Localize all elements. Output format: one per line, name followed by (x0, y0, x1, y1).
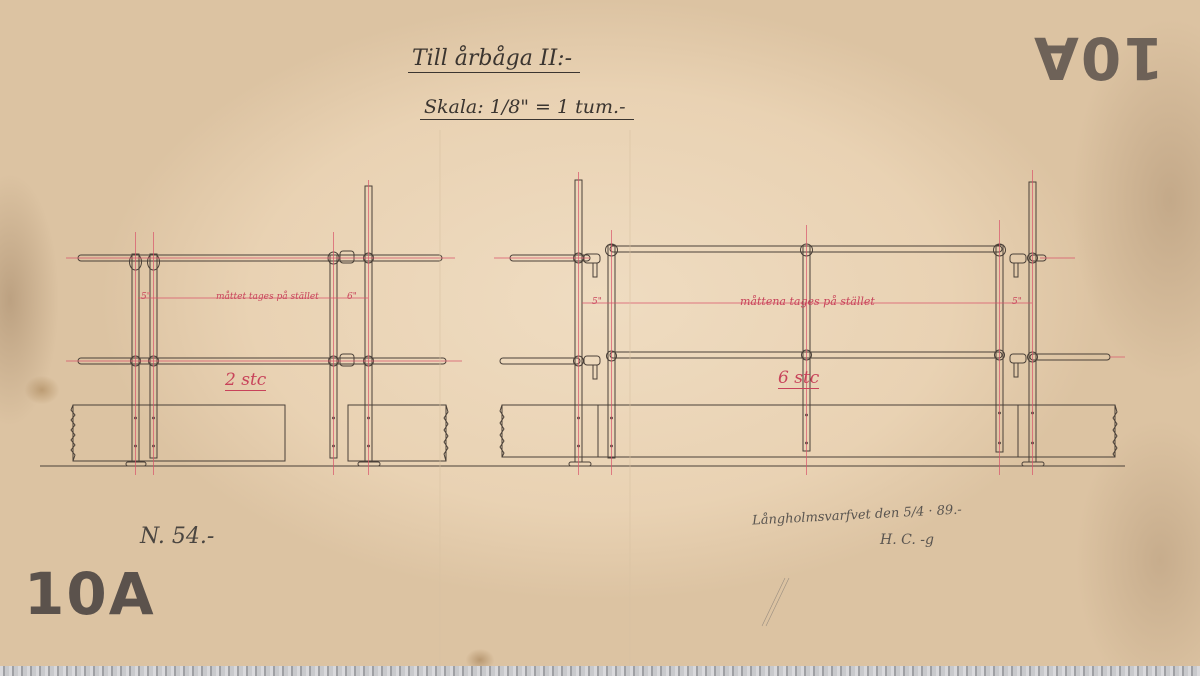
quantity-left: 2 stc (225, 370, 266, 391)
centerlines-left (66, 180, 462, 475)
dim-right-b: 5" (1012, 297, 1022, 307)
dim-right-a: 5" (592, 297, 602, 307)
dim-left-a: 5" (141, 292, 151, 302)
quantity-right: 6 stc (778, 368, 819, 389)
technical-drawing (0, 0, 1200, 676)
drawing-sheet: Till årbåga II:- Skala: 1/8" = 1 tum.- 1… (0, 0, 1200, 668)
dim-note-right: måttena tages på stället (740, 295, 875, 308)
railing-right (490, 180, 1125, 466)
railing-left (40, 186, 490, 466)
scanner-edge (0, 666, 1200, 676)
dim-left-b: 6" (347, 292, 357, 302)
dim-note-left: måttet tages på stället (216, 292, 319, 302)
